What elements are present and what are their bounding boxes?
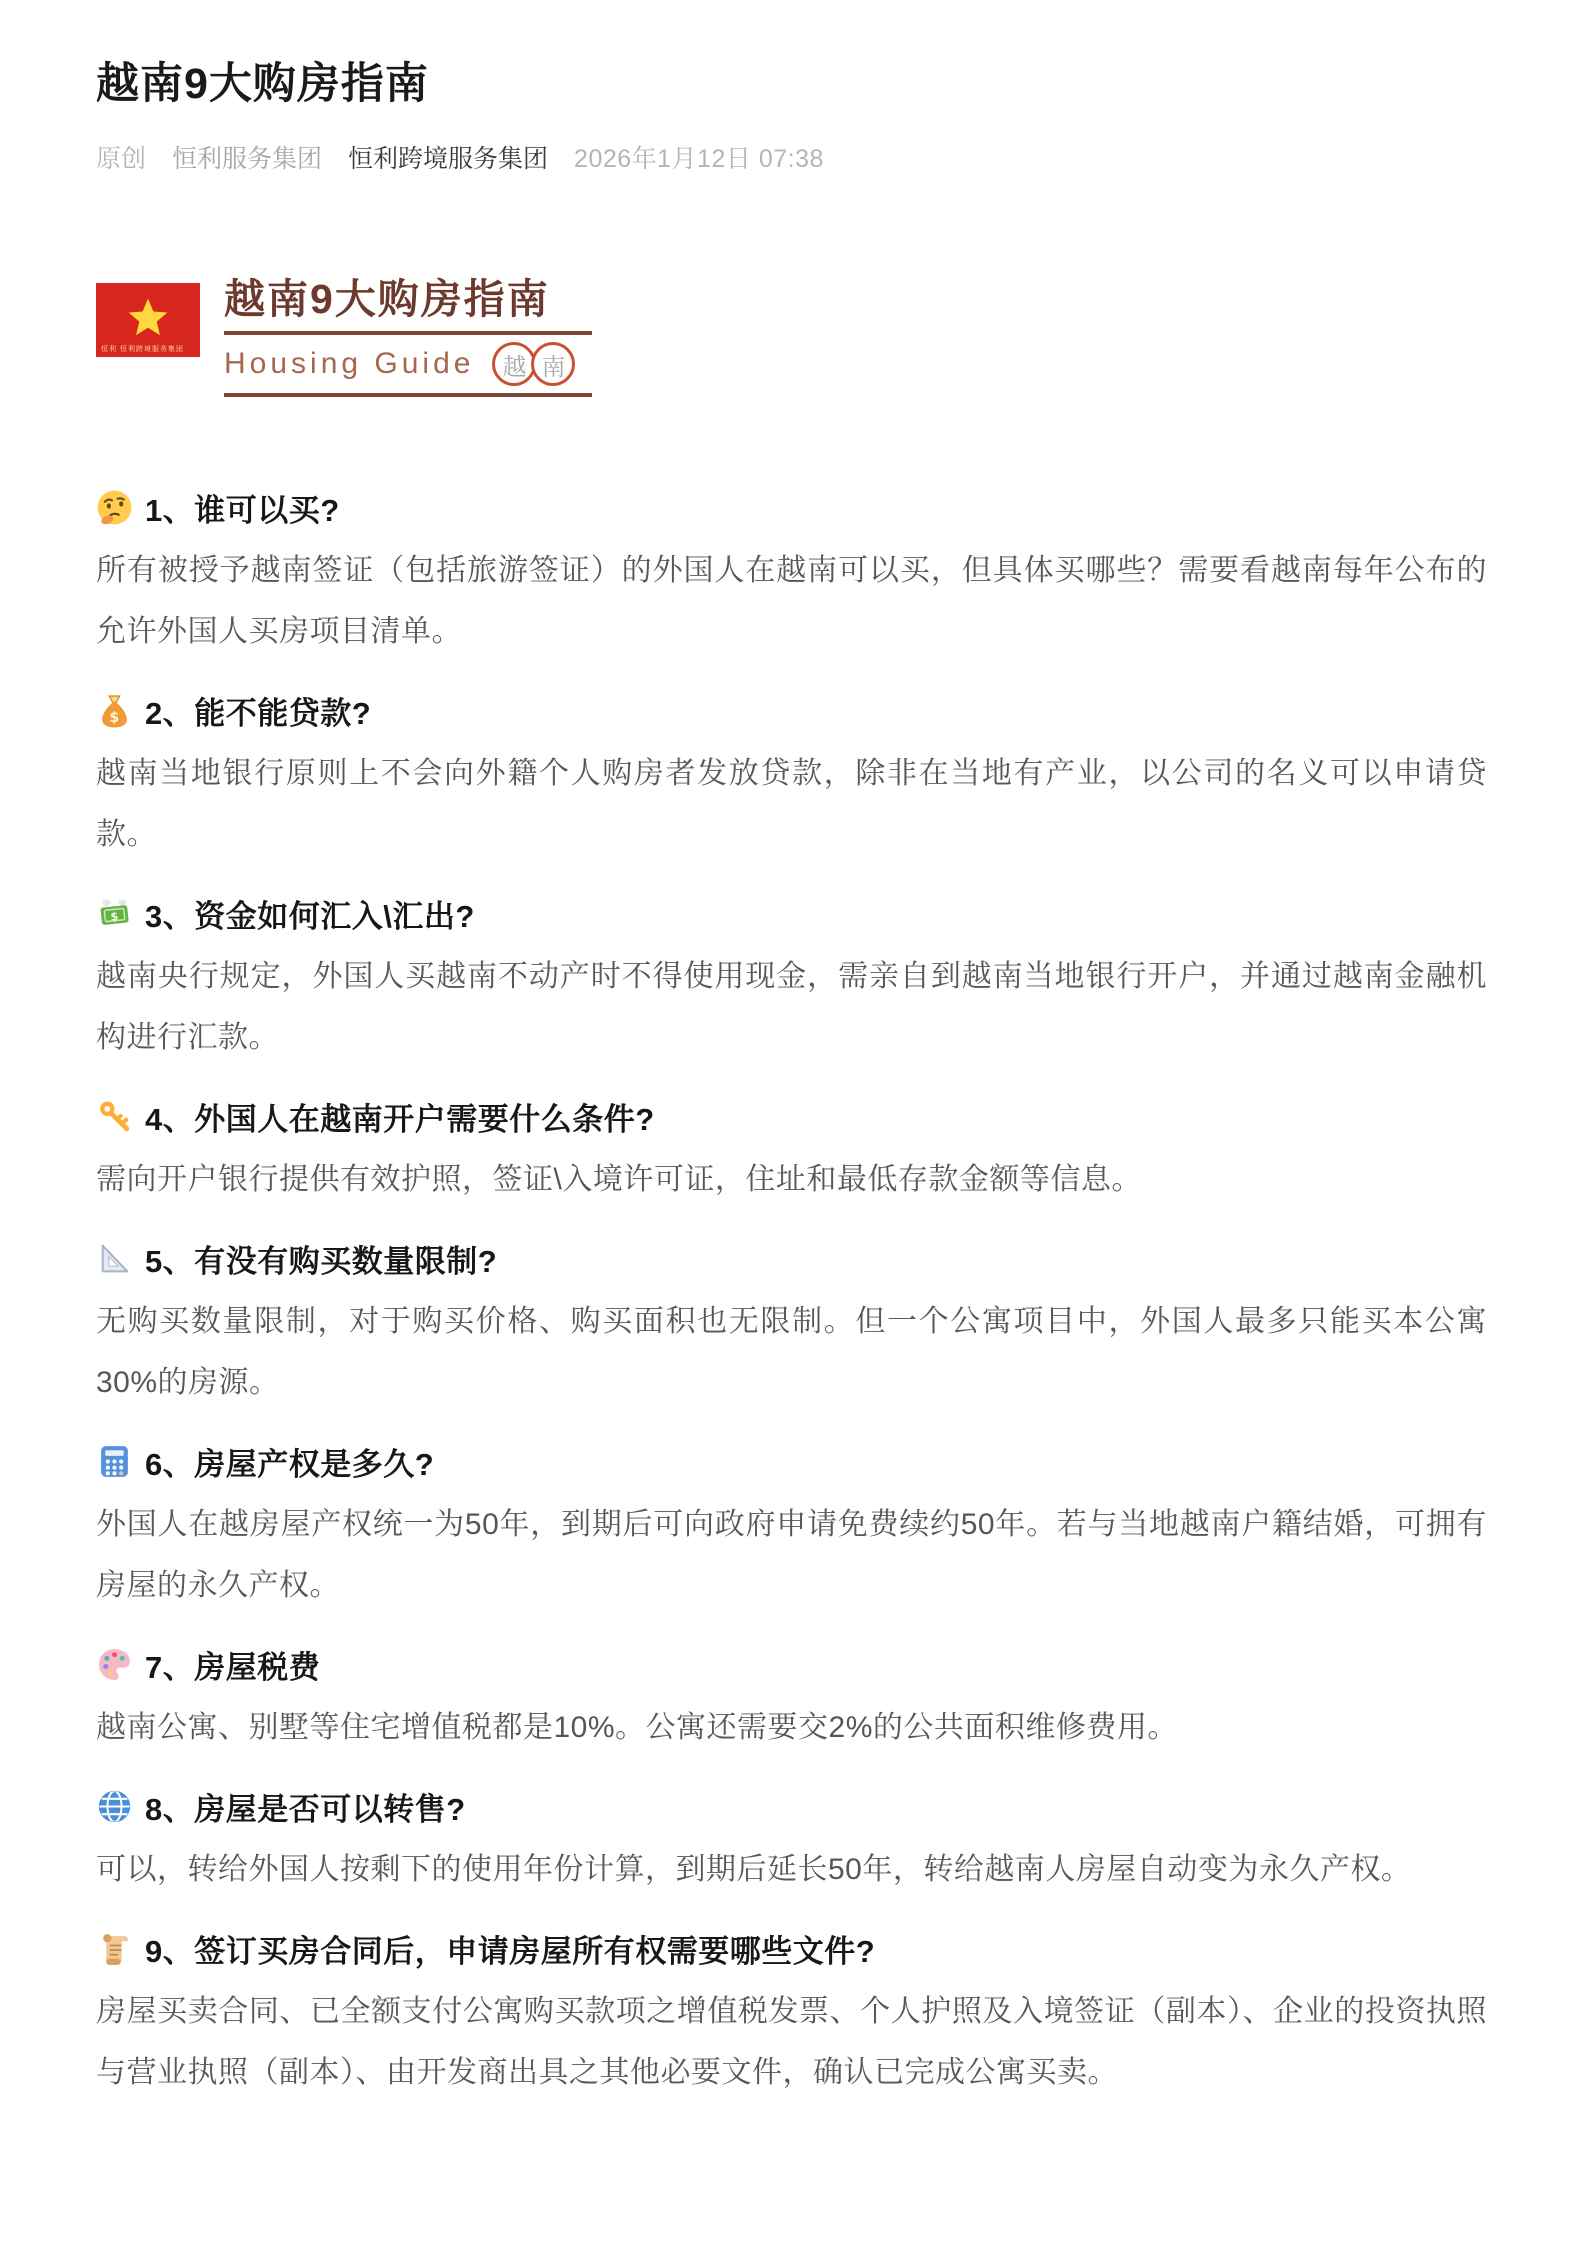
svg-text:$: $	[110, 910, 120, 924]
section-heading: 1、谁可以买?	[96, 485, 1487, 530]
article-body: 1、谁可以买? 所有被授予越南签证（包括旅游签证）的外国人在越南可以买，但具体买…	[96, 485, 1487, 2103]
section-paragraph: 需向开户银行提供有效护照，签证\入境许可证，住址和最低存款金额等信息。	[96, 1149, 1487, 1210]
section-quantity-limit: 5、有没有购买数量限制? 无购买数量限制，对于购买价格、购买面积也无限制。但一个…	[96, 1236, 1487, 1413]
section-paragraph: 可以，转给外国人按剩下的使用年份计算，到期后延长50年，转给越南人房屋自动变为永…	[96, 1839, 1487, 1900]
section-heading-text: 2、能不能贷款?	[145, 688, 371, 733]
section-heading-text: 8、房屋是否可以转售?	[145, 1784, 466, 1829]
section-heading: $ 2、能不能贷款?	[96, 688, 1487, 733]
publish-datetime: 2026年1月12日 07:38	[574, 139, 824, 175]
banner-title: 越南9大购房指南	[224, 277, 592, 322]
section-account-opening: 4、外国人在越南开户需要什么条件? 需向开户银行提供有效护照，签证\入境许可证，…	[96, 1094, 1487, 1210]
section-taxes-fees: 7、房屋税费 越南公寓、别墅等住宅增值税都是10%。公寓还需要交2%的公共面积维…	[96, 1642, 1487, 1758]
section-paragraph: 所有被授予越南签证（包括旅游签证）的外国人在越南可以买，但具体买哪些？需要看越南…	[96, 540, 1487, 662]
section-heading: 5、有没有购买数量限制?	[96, 1236, 1487, 1281]
author-name[interactable]: 恒利服务集团	[172, 139, 322, 175]
stamp-char-nan: 南	[531, 342, 575, 386]
page-title: 越南9大购房指南	[96, 50, 1487, 111]
section-heading-text: 3、资金如何汇入\汇出?	[145, 891, 475, 936]
globe-icon	[96, 1788, 133, 1825]
section-paragraph: 无购买数量限制，对于购买价格、购买面积也无限制。但一个公寓项目中，外国人最多只能…	[96, 1291, 1487, 1413]
money-with-wings-icon: $	[96, 895, 133, 932]
section-heading: 6、房屋产权是多久?	[96, 1439, 1487, 1484]
section-ownership-documents: 9、签订买房合同后，申请房屋所有权需要哪些文件? 房屋买卖合同、已全额支付公寓购…	[96, 1926, 1487, 2103]
calculator-icon	[96, 1443, 133, 1480]
flag-star	[125, 294, 171, 340]
section-paragraph: 越南央行规定，外国人买越南不动产时不得使用现金，需亲自到越南当地银行开户，并通过…	[96, 946, 1487, 1068]
banner-subtitle: Housing Guide	[224, 347, 474, 381]
original-badge: 原创	[96, 139, 146, 175]
stamp-char-yue: 越	[492, 342, 536, 386]
vietnam-flag-icon: 恒利 恒利跨境服务集团	[96, 283, 200, 357]
account-name-link[interactable]: 恒利跨境服务集团	[348, 139, 548, 175]
banner-text-block: 越南9大购房指南 Housing Guide 越 南	[224, 277, 592, 397]
section-paragraph: 越南当地银行原则上不会向外籍个人购房者发放贷款，除非在当地有产业，以公司的名义可…	[96, 743, 1487, 865]
section-heading: 8、房屋是否可以转售?	[96, 1784, 1487, 1829]
section-heading-text: 1、谁可以买?	[145, 485, 340, 530]
section-paragraph: 房屋买卖合同、已全额支付公寓购买款项之增值税发票、个人护照及入境签证（副本）、企…	[96, 1981, 1487, 2103]
section-resale: 8、房屋是否可以转售? 可以，转给外国人按剩下的使用年份计算，到期后延长50年，…	[96, 1784, 1487, 1900]
vietnam-stamp: 越 南	[492, 342, 575, 386]
section-paragraph: 越南公寓、别墅等住宅增值税都是10%。公寓还需要交2%的公共面积维修费用。	[96, 1697, 1487, 1758]
section-property-tenure: 6、房屋产权是多久? 外国人在越房屋产权统一为50年，到期后可向政府申请免费续约…	[96, 1439, 1487, 1616]
thinking-face-icon	[96, 489, 133, 526]
section-heading-text: 5、有没有购买数量限制?	[145, 1236, 497, 1281]
section-heading: 4、外国人在越南开户需要什么条件?	[96, 1094, 1487, 1139]
svg-text:$: $	[109, 710, 120, 726]
banner-divider-bottom	[224, 393, 592, 397]
header-banner: 恒利 恒利跨境服务集团 越南9大购房指南 Housing Guide 越 南	[96, 277, 1487, 397]
flag-watermark-text: 恒利 恒利跨境服务集团	[101, 344, 184, 354]
section-heading: $ 3、资金如何汇入\汇出?	[96, 891, 1487, 936]
banner-divider-top	[224, 331, 592, 335]
triangular-ruler-icon	[96, 1240, 133, 1277]
section-loans: $ 2、能不能贷款? 越南当地银行原则上不会向外籍个人购房者发放贷款，除非在当地…	[96, 688, 1487, 865]
section-heading: 9、签订买房合同后，申请房屋所有权需要哪些文件?	[96, 1926, 1487, 1971]
scroll-icon	[96, 1930, 133, 1967]
section-paragraph: 外国人在越房屋产权统一为50年，到期后可向政府申请免费续约50年。若与当地越南户…	[96, 1494, 1487, 1616]
section-who-can-buy: 1、谁可以买? 所有被授予越南签证（包括旅游签证）的外国人在越南可以买，但具体买…	[96, 485, 1487, 662]
section-funds-transfer: $ 3、资金如何汇入\汇出? 越南央行规定，外国人买越南不动产时不得使用现金，需…	[96, 891, 1487, 1068]
section-heading-text: 4、外国人在越南开户需要什么条件?	[145, 1094, 655, 1139]
section-heading: 7、房屋税费	[96, 1642, 1487, 1687]
section-heading-text: 6、房屋产权是多久?	[145, 1439, 434, 1484]
key-icon	[96, 1098, 133, 1135]
article-meta: 原创 恒利服务集团 恒利跨境服务集团 2026年1月12日 07:38	[96, 139, 1487, 175]
article-page: 越南9大购房指南 原创 恒利服务集团 恒利跨境服务集团 2026年1月12日 0…	[0, 0, 1587, 2177]
section-heading-text: 7、房屋税费	[145, 1642, 320, 1687]
section-heading-text: 9、签订买房合同后，申请房屋所有权需要哪些文件?	[145, 1926, 875, 1971]
palette-icon	[96, 1646, 133, 1683]
money-bag-icon: $	[96, 692, 133, 729]
